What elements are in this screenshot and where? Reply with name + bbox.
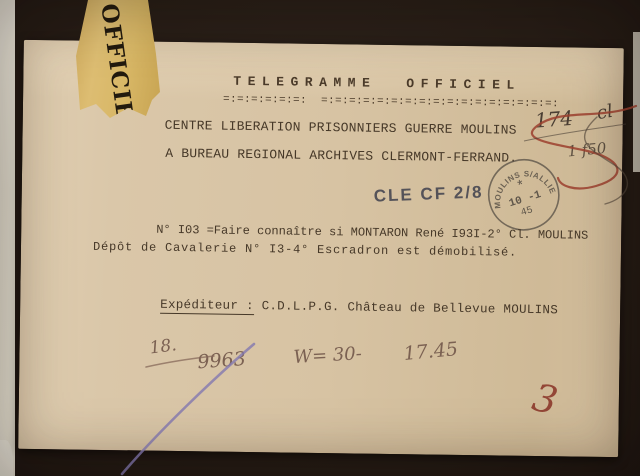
telegram-title: TELEGRAMMEOFFICIEL xyxy=(233,74,521,93)
recipient-line-2: A BUREAU REGIONAL ARCHIVES CLERMONT-FERR… xyxy=(165,146,517,166)
postmark-year: 45 xyxy=(520,205,535,219)
title-word-officiel: OFFICIEL xyxy=(406,76,521,93)
pencil-note-w30: W= 30- xyxy=(293,343,362,368)
handwritten-amount: 1 f50 xyxy=(567,139,607,160)
sender-value: C.D.L.P.G. Château de Bellevue MOULINS xyxy=(254,299,558,317)
telegram-photo: TELEGRAMMEOFFICIEL =:=:=:=:=:=: =:=:=:=:… xyxy=(0,0,640,476)
pencil-note-1745: 17.45 xyxy=(403,338,459,365)
pencil-note-number: 9963 xyxy=(197,348,247,373)
message-line-2: Dépôt de Cavalerie N° I3-4° Escradron es… xyxy=(93,240,517,260)
handwritten-count: 174 xyxy=(534,106,574,133)
red-pencil-mark-3: 3 xyxy=(528,375,561,423)
reference-handstamp: CLE CF 2/8 xyxy=(373,182,483,206)
backing-sheet-right-sliver xyxy=(633,32,640,172)
pencil-note-18: 18. xyxy=(148,335,177,358)
handwritten-unit: cl xyxy=(595,101,614,124)
title-word-telegramme: TELEGRAMME xyxy=(233,74,376,91)
title-separator-rule: =:=:=:=:=:=: =:=:=:=:=:=:=:=:=:=:=:=:=:=… xyxy=(223,94,559,111)
sender-line: Expéditeur : C.D.L.P.G. Château de Belle… xyxy=(160,298,558,318)
sender-label: Expéditeur : xyxy=(160,298,254,315)
recipient-line-1: CENTRE LIBERATION PRISONNIERS GUERRE MOU… xyxy=(165,118,517,138)
backing-sheet-left-edge xyxy=(0,0,15,476)
